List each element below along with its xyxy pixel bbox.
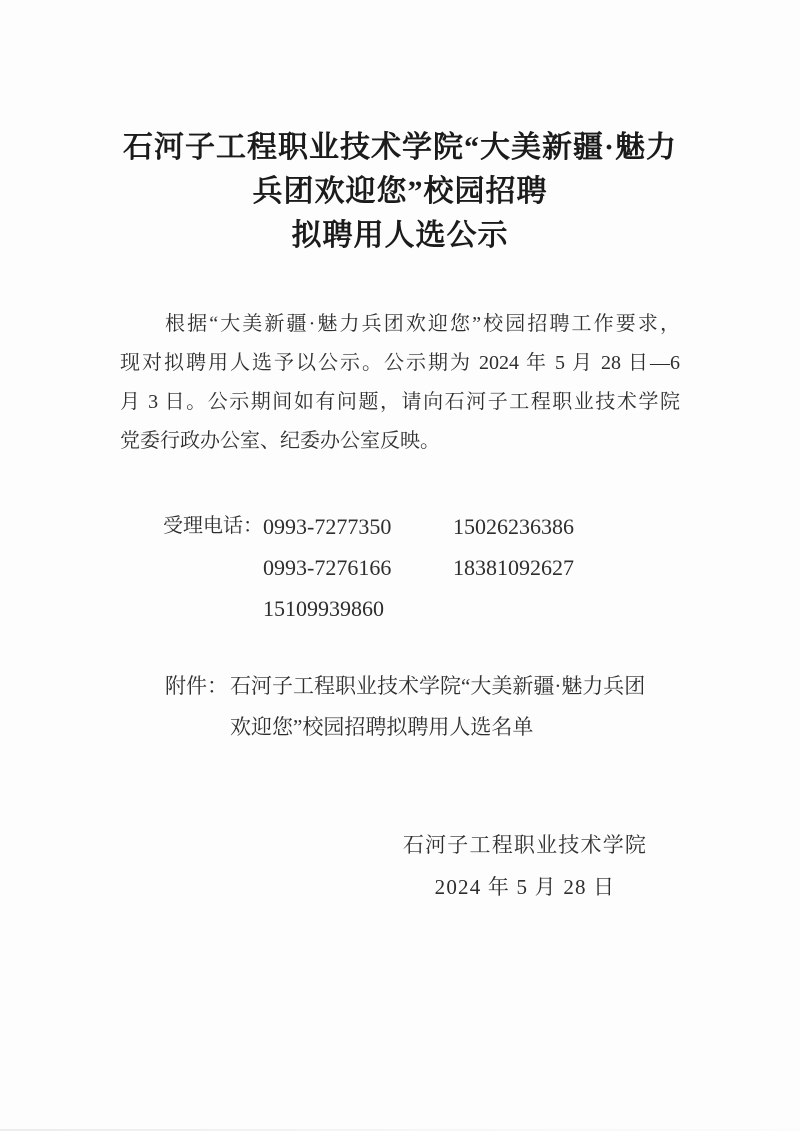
signoff-block: 石河子工程职业技术学院 2024 年 5 月 28 日 — [330, 824, 720, 908]
contact-phone-5: 15109939860 — [263, 588, 453, 629]
body-line-4: 党委行政办公室、纪委办公室反映。 — [120, 422, 680, 461]
body-line-2: 现对拟聘用人选予以公示。公示期为 2024 年 5 月 28 日—6 — [120, 344, 680, 383]
body-line-3: 月 3 日。公示期间如有问题，请向石河子工程职业技术学院 — [120, 383, 680, 422]
attachment-block: 附件： 石河子工程职业技术学院“大美新疆·魅力兵团 欢迎您”校园招聘拟聘用人选名… — [165, 666, 645, 748]
contact-label-spacer — [163, 588, 263, 629]
contact-phone-3: 0993-7276166 — [263, 547, 453, 588]
contact-phone-4: 18381092627 — [453, 547, 574, 588]
attachment-label: 附件： — [165, 666, 230, 748]
contact-block: 受理电话： 0993-7277350 15026236386 0993-7276… — [163, 506, 574, 629]
title-line-3: 拟聘用人选公示 — [60, 214, 740, 258]
contact-phone-1: 0993-7277350 — [263, 506, 453, 547]
body-paragraph: 根据“大美新疆·魅力兵团欢迎您”校园招聘工作要求， 现对拟聘用人选予以公示。公示… — [120, 305, 680, 461]
contact-label: 受理电话： — [163, 506, 263, 547]
contact-row-2: 0993-7276166 18381092627 — [163, 547, 574, 588]
signature-org: 石河子工程职业技术学院 — [330, 824, 720, 866]
contact-label-spacer — [163, 547, 263, 588]
body-line-1: 根据“大美新疆·魅力兵团欢迎您”校园招聘工作要求， — [120, 305, 680, 344]
contact-row-1: 受理电话： 0993-7277350 15026236386 — [163, 506, 574, 547]
contact-row-3: 15109939860 — [163, 588, 574, 629]
contact-phone-2: 15026236386 — [453, 506, 574, 547]
signature-date: 2024 年 5 月 28 日 — [330, 866, 720, 908]
document-title: 石河子工程职业技术学院“大美新疆·魅力 兵团欢迎您”校园招聘 拟聘用人选公示 — [60, 126, 740, 258]
contact-phone-empty — [453, 588, 574, 629]
attachment-text: 石河子工程职业技术学院“大美新疆·魅力兵团 欢迎您”校园招聘拟聘用人选名单 — [230, 666, 645, 748]
attachment-line-2: 欢迎您”校园招聘拟聘用人选名单 — [230, 707, 645, 748]
title-line-1: 石河子工程职业技术学院“大美新疆·魅力 — [60, 126, 740, 170]
attachment-line-1: 石河子工程职业技术学院“大美新疆·魅力兵团 — [230, 666, 645, 707]
document-page: 石河子工程职业技术学院“大美新疆·魅力 兵团欢迎您”校园招聘 拟聘用人选公示 根… — [0, 0, 800, 1131]
title-line-2: 兵团欢迎您”校园招聘 — [60, 170, 740, 214]
